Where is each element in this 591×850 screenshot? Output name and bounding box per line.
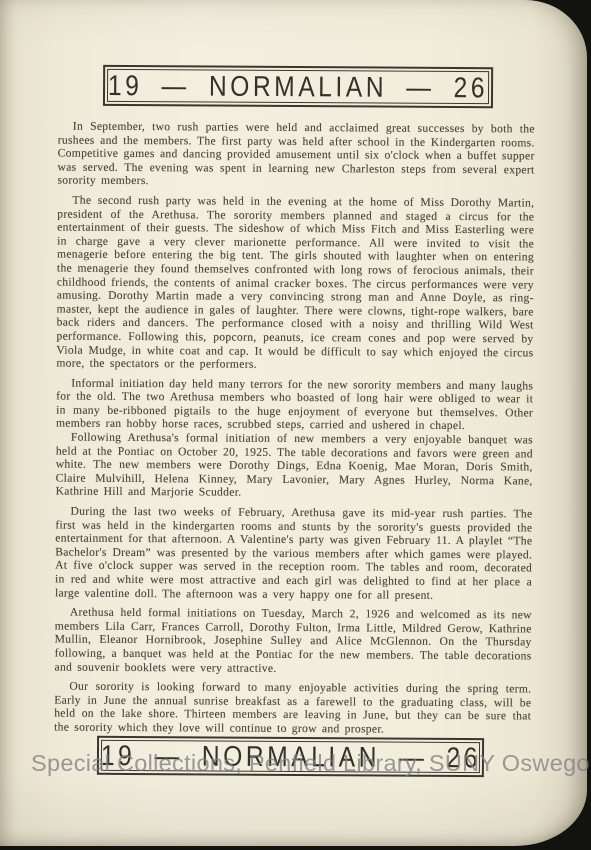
library-watermark: Special Collections, Penfield Library, S…: [31, 750, 590, 777]
header-banner: 19 — NORMALIAN — 26: [103, 65, 493, 108]
paragraph: In September, two rush parties were held…: [57, 120, 534, 191]
paragraph: Informal initiation day held many terror…: [56, 376, 533, 433]
printed-content: 19 — NORMALIAN — 26 In September, two ru…: [0, 0, 591, 850]
header-banner-title: 19 — NORMALIAN — 26: [108, 71, 488, 102]
paragraph: Arethusa held formal initiations on Tues…: [54, 606, 531, 677]
paragraph: During the last two weeks of February, A…: [55, 505, 533, 603]
paragraph: Following Arethusa's formal initiation o…: [56, 431, 533, 502]
paragraph: The second rush party was held in the ev…: [56, 194, 534, 374]
article-body: In September, two rush parties were held…: [54, 120, 535, 737]
scan-background: 19 — NORMALIAN — 26 In September, two ru…: [0, 0, 591, 850]
paragraph: Our sorority is looking forward to many …: [54, 680, 531, 737]
header-banner-inner-border: 19 — NORMALIAN — 26: [107, 69, 489, 104]
